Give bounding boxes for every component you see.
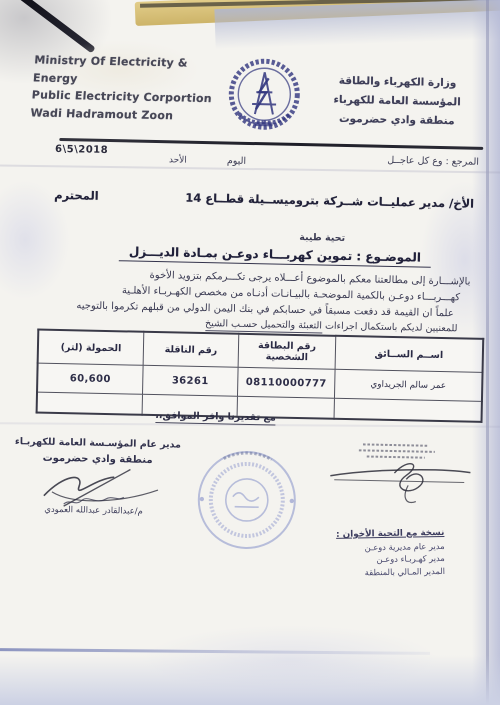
letterhead-english-line: Ministry Of Electricity & Energy	[32, 51, 230, 90]
letterhead-arabic: وزارة الكهرباء والطاقة المؤسسة العامة لل…	[322, 71, 473, 131]
addressee-line: الأخ/ مدير عمليــات شــركة بتروميســيلة …	[54, 188, 474, 211]
letterhead-english: Ministry Of Electricity & Energy Public …	[30, 51, 230, 125]
closing-text: مع تقديرنا وافر الموافق،،	[155, 410, 276, 426]
right-signature-icon	[324, 432, 478, 513]
shipment-table: اســم الســائق رقم البطاقة الشخصية رقم ا…	[36, 329, 485, 423]
official-round-stamp-icon	[192, 446, 302, 554]
electricity-corporation-emblem-icon	[224, 55, 304, 137]
table-note-underlined: التعبئة والتحميل حسـب الشيخ	[205, 318, 322, 333]
distribution-list: نسخة مع التحية الأخوان : مدير عام مديرية…	[330, 528, 445, 579]
signatory-title-line2: منطقة وادي حضرموت	[19, 452, 177, 466]
document-photo-page: { "letterhead": { "english_lines": [ "Mi…	[0, 0, 500, 705]
body-paragraph: بالإشـــارة إلى مطالعتنا معكم بالموضوع أ…	[42, 266, 471, 324]
col-driver-name: اســم الســائق	[335, 336, 483, 373]
table-note-lead: للمعنيين لديكم باستكمال اجراءات	[322, 321, 458, 335]
tanker-number-cell: 36261	[143, 365, 239, 396]
addressee-honorific: المحترم	[54, 188, 99, 203]
letterhead-divider	[59, 138, 483, 150]
addressee-title: الأخ/ مدير عمليــات شــركة بتروميســيلة …	[185, 191, 474, 211]
driver-name-cell: عمر سالم الجريداوي	[334, 369, 482, 401]
col-tanker-number: رقم الناقلة	[143, 332, 239, 367]
load-liters-cell: 60,600	[37, 363, 143, 394]
id-number-cell: 08110000777	[237, 367, 335, 398]
day-label: اليوم	[227, 155, 246, 166]
distribution-header: نسخة مع التحية الأخوان :	[330, 528, 444, 540]
letterhead-arabic-line: منطقة وادي حضرموت	[322, 109, 472, 131]
empty-cell	[334, 398, 482, 422]
subject-line: الموضـوع : تموين كهربـــاء دوعـن بمـادة …	[119, 244, 431, 268]
closing-phrase: مع تقديرنا وافر الموافق،،	[143, 410, 287, 424]
signatory-title-line1: مدير عام المؤسـسة العامة للكهربـاء	[7, 436, 189, 451]
distribution-item: المدير المـالي بالمنطقة	[331, 565, 445, 579]
date-value: 6\5\2018	[55, 144, 108, 156]
reference-number: المرجع : وع كل عاجــل	[321, 153, 479, 167]
greeting: تحية طيبة	[299, 232, 345, 244]
day-value: الأحد	[169, 155, 187, 165]
empty-cell	[37, 392, 143, 415]
col-load-liters: الحمولة (لتر)	[38, 330, 144, 366]
paper-sheet: Ministry Of Electricity & Energy Public …	[0, 0, 500, 705]
scanned-letter-photo: Ministry Of Electricity & Energy Public …	[0, 0, 500, 705]
col-id-number: رقم البطاقة الشخصية	[238, 334, 336, 370]
